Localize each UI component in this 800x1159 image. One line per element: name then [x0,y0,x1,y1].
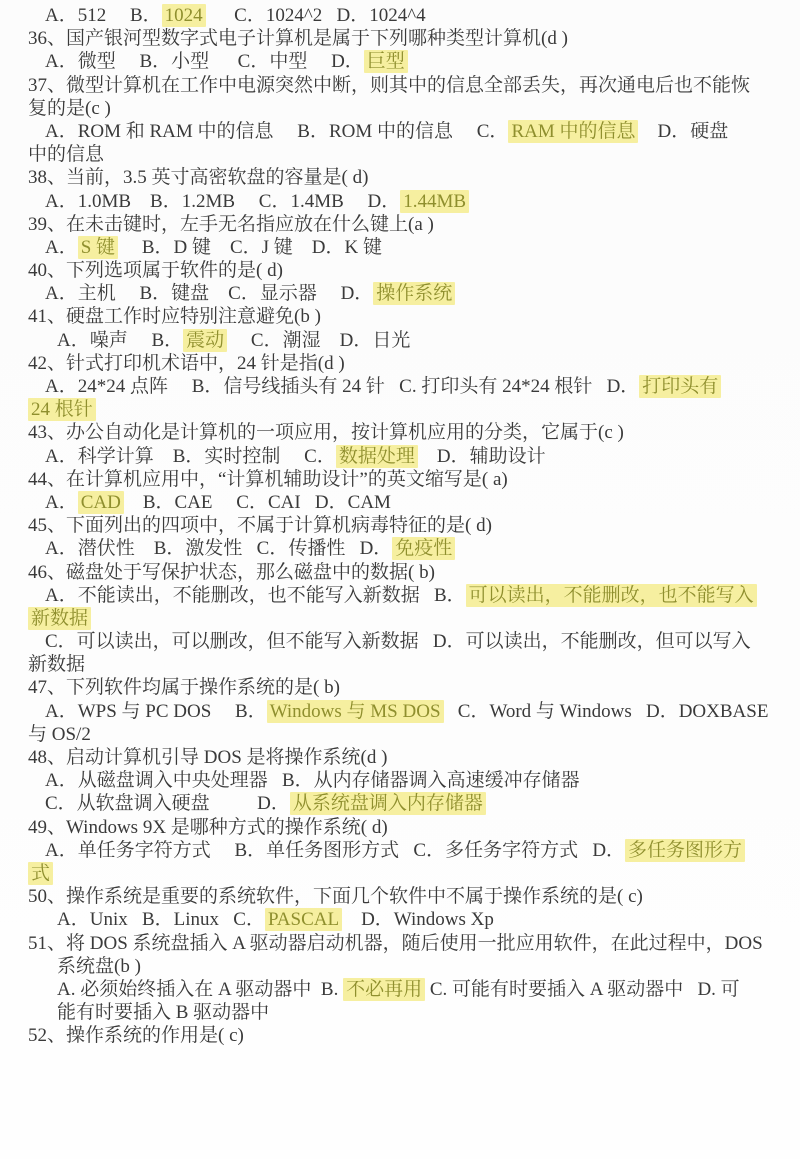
text-run: A．从磁盘调入中央处理器 B．从内存储器调入高速缓冲存储器 [45,770,580,791]
text-line: 系统盘(b ) [28,955,774,978]
text-line: A．单任务字符方式 B．单任务图形方式 C．多任务字符方式 D．多任务图形方 [28,839,774,862]
text-run: 中的信息 [28,144,104,165]
text-line: 37、微型计算机在工作中电源突然中断，则其中的信息全部丢失，再次通电后也不能恢 [28,74,774,97]
text-line: A．1.0MB B．1.2MB C．1.4MB D．1.44MB [28,190,774,213]
highlighted-answer: 1024 [162,4,206,27]
text-run: A．微型 B．小型 C．中型 D． [45,51,364,72]
text-line: A．512 B．1024 C．1024^2 D．1024^4 [28,4,774,27]
highlighted-answer: 新数据 [28,607,91,630]
text-run: 与 OS/2 [28,724,91,745]
text-line: 47、下列软件均属于操作系统的是( b) [28,676,774,699]
text-run: D．硬盘 [638,121,728,142]
text-run: A． [45,237,78,258]
text-line: A．S 键 B．D 键 C．J 键 D．K 键 [28,236,774,259]
text-line: 51、将 DOS 系统盘插入 A 驱动器启动机器，随后使用一批应用软件，在此过程… [28,932,774,955]
text-line: 39、在未击键时，左手无名指应放在什么键上(a ) [28,213,774,236]
text-line: 49、Windows 9X 是哪种方式的操作系统( d) [28,816,774,839]
exam-document-page: A．512 B．1024 C．1024^2 D．1024^436、国产银河型数字… [0,0,800,1159]
text-line: A．WPS 与 PC DOS B．Windows 与 MS DOS C．Word… [28,700,774,723]
text-run: 38、当前，3.5 英寸高密软盘的容量是( d) [28,167,368,188]
highlighted-answer: Windows 与 MS DOS [267,700,444,723]
text-run: 46、磁盘处于写保护状态，那么磁盘中的数据( b) [28,562,435,583]
text-run: A. 必须始终插入在 A 驱动器中 B. [57,979,343,1000]
text-run: C．可以读出，可以删改，但不能写入新数据 D．可以读出，不能删改，但可以写入 [45,631,751,652]
text-run: A．WPS 与 PC DOS B． [45,701,267,722]
text-run: 40、下列选项属于软件的是( d) [28,260,283,281]
text-run: A．不能读出，不能删改，也不能写入新数据 B． [45,585,466,606]
text-run: 能有时要插入 B 驱动器中 [57,1002,269,1023]
text-run: 39、在未击键时，左手无名指应放在什么键上(a ) [28,214,434,235]
question-list: A．512 B．1024 C．1024^2 D．1024^436、国产银河型数字… [0,0,800,1047]
text-run: 系统盘(b ) [57,956,141,977]
text-line: A．24*24 点阵 B．信号线插头有 24 针 C. 打印头有 24*24 根… [28,375,774,398]
text-run: 37、微型计算机在工作中电源突然中断，则其中的信息全部丢失，再次通电后也不能恢 [28,75,750,96]
highlighted-answer: 操作系统 [373,282,455,305]
text-line: C．可以读出，可以删改，但不能写入新数据 D．可以读出，不能删改，但可以写入 [28,630,774,653]
text-run: 48、启动计算机引导 DOS 是将操作系统(d ) [28,747,387,768]
text-run: 44、在计算机应用中，“计算机辅助设计”的英文缩写是( a) [28,469,508,490]
highlighted-answer: 免疫性 [392,537,455,560]
text-run: B．CAE C．CAI D．CAM [124,492,391,513]
text-run: A．ROM 和 RAM 中的信息 B．ROM 中的信息 C． [45,121,508,142]
text-line: A．CAD B．CAE C．CAI D．CAM [28,491,774,514]
text-run: 49、Windows 9X 是哪种方式的操作系统( d) [28,817,388,838]
text-line: 46、磁盘处于写保护状态，那么磁盘中的数据( b) [28,561,774,584]
text-run: C．潮湿 D．日光 [227,330,410,351]
text-run: 52、操作系统的作用是( c) [28,1025,244,1046]
highlighted-answer: 24 根针 [28,398,96,421]
text-line: A．ROM 和 RAM 中的信息 B．ROM 中的信息 C．RAM 中的信息 D… [28,120,774,143]
text-line: 中的信息 [28,143,774,166]
text-line: A．噪声 B．震动 C．潮湿 D．日光 [28,329,774,352]
text-line: A．潜伏性 B．激发性 C．传播性 D．免疫性 [28,537,774,560]
text-run: A．主机 B．键盘 C．显示器 D． [45,283,373,304]
text-run: A．单任务字符方式 B．单任务图形方式 C．多任务字符方式 D． [45,840,625,861]
text-run: A．潜伏性 B．激发性 C．传播性 D． [45,538,392,559]
text-line: 与 OS/2 [28,723,774,746]
text-line: 式 [28,862,774,885]
text-line: 38、当前，3.5 英寸高密软盘的容量是( d) [28,166,774,189]
text-run: 50、操作系统是重要的系统软件，下面几个软件中不属于操作系统的是( c) [28,886,643,907]
text-line: A．科学计算 B．实时控制 C．数据处理 D．辅助设计 [28,445,774,468]
text-run: C．1024^2 D．1024^4 [206,5,426,26]
text-run: A．1.0MB B．1.2MB C．1.4MB D． [45,191,400,212]
highlighted-answer: 从系统盘调入内存储器 [290,792,486,815]
highlighted-answer: 打印头有 [639,375,721,398]
text-line: 40、下列选项属于软件的是( d) [28,259,774,282]
text-line: A. 必须始终插入在 A 驱动器中 B. 不必再用 C. 可能有时要插入 A 驱… [28,978,774,1001]
text-run: D．辅助设计 [418,446,546,467]
text-line: 36、国产银河型数字式电子计算机是属于下列哪种类型计算机(d ) [28,27,774,50]
text-run: A．噪声 B． [57,330,183,351]
text-line: 52、操作系统的作用是( c) [28,1024,774,1047]
highlighted-answer: S 键 [78,236,118,259]
highlighted-answer: 不必再用 [343,978,425,1001]
text-line: 41、硬盘工作时应特别注意避免(b ) [28,305,774,328]
text-run: 51、将 DOS 系统盘插入 A 驱动器启动机器，随后使用一批应用软件，在此过程… [28,933,763,954]
text-line: 48、启动计算机引导 DOS 是将操作系统(d ) [28,746,774,769]
text-run: 47、下列软件均属于操作系统的是( b) [28,677,340,698]
text-line: 42、针式打印机术语中，24 针是指(d ) [28,352,774,375]
text-run: 复的是(c ) [28,98,111,119]
text-line: A．Unix B．Linux C．PASCAL D．Windows Xp [28,908,774,931]
text-run: A．Unix B．Linux C． [57,909,265,930]
text-run: A．512 B． [45,5,162,26]
text-run: C．Word 与 Windows D．DOXBASE [444,701,769,722]
text-line: 新数据 [28,607,774,630]
text-line: 24 根针 [28,398,774,421]
text-line: 能有时要插入 B 驱动器中 [28,1001,774,1024]
text-line: A．微型 B．小型 C．中型 D．巨型 [28,50,774,73]
highlighted-answer: 1.44MB [400,190,469,213]
text-run: A．24*24 点阵 B．信号线插头有 24 针 C. 打印头有 24*24 根… [45,376,639,397]
text-line: 新数据 [28,653,774,676]
text-run: B．D 键 C．J 键 D．K 键 [118,237,382,258]
text-run: 42、针式打印机术语中，24 针是指(d ) [28,353,345,374]
text-run: 43、办公自动化是计算机的一项应用，按计算机应用的分类，它属于(c ) [28,422,624,443]
text-run: A． [45,492,78,513]
text-run: 新数据 [28,654,85,675]
text-line: 50、操作系统是重要的系统软件，下面几个软件中不属于操作系统的是( c) [28,885,774,908]
text-line: A．主机 B．键盘 C．显示器 D．操作系统 [28,282,774,305]
text-line: 45、下面列出的四项中，不属于计算机病毒特征的是( d) [28,514,774,537]
highlighted-answer: 可以读出，不能删改，也不能写入 [466,584,757,607]
text-run: C. 可能有时要插入 A 驱动器中 D. 可 [425,979,740,1000]
highlighted-answer: 巨型 [364,50,408,73]
highlighted-answer: RAM 中的信息 [508,120,638,143]
text-run: 41、硬盘工作时应特别注意避免(b ) [28,306,321,327]
text-line: C．从软盘调入硬盘 D．从系统盘调入内存储器 [28,792,774,815]
highlighted-answer: 数据处理 [336,445,418,468]
text-line: A．从磁盘调入中央处理器 B．从内存储器调入高速缓冲存储器 [28,769,774,792]
highlighted-answer: PASCAL [265,908,342,931]
text-run: A．科学计算 B．实时控制 C． [45,446,336,467]
text-run: D．Windows Xp [342,909,494,930]
text-run: 45、下面列出的四项中，不属于计算机病毒特征的是( d) [28,515,492,536]
text-run: C．从软盘调入硬盘 D． [45,793,290,814]
text-run: 36、国产银河型数字式电子计算机是属于下列哪种类型计算机(d ) [28,28,568,49]
text-line: A．不能读出，不能删改，也不能写入新数据 B．可以读出，不能删改，也不能写入 [28,584,774,607]
highlighted-answer: CAD [78,491,124,514]
text-line: 43、办公自动化是计算机的一项应用，按计算机应用的分类，它属于(c ) [28,421,774,444]
highlighted-answer: 多任务图形方 [625,839,745,862]
highlighted-answer: 式 [28,862,53,885]
text-line: 复的是(c ) [28,97,774,120]
highlighted-answer: 震动 [183,329,227,352]
text-line: 44、在计算机应用中，“计算机辅助设计”的英文缩写是( a) [28,468,774,491]
